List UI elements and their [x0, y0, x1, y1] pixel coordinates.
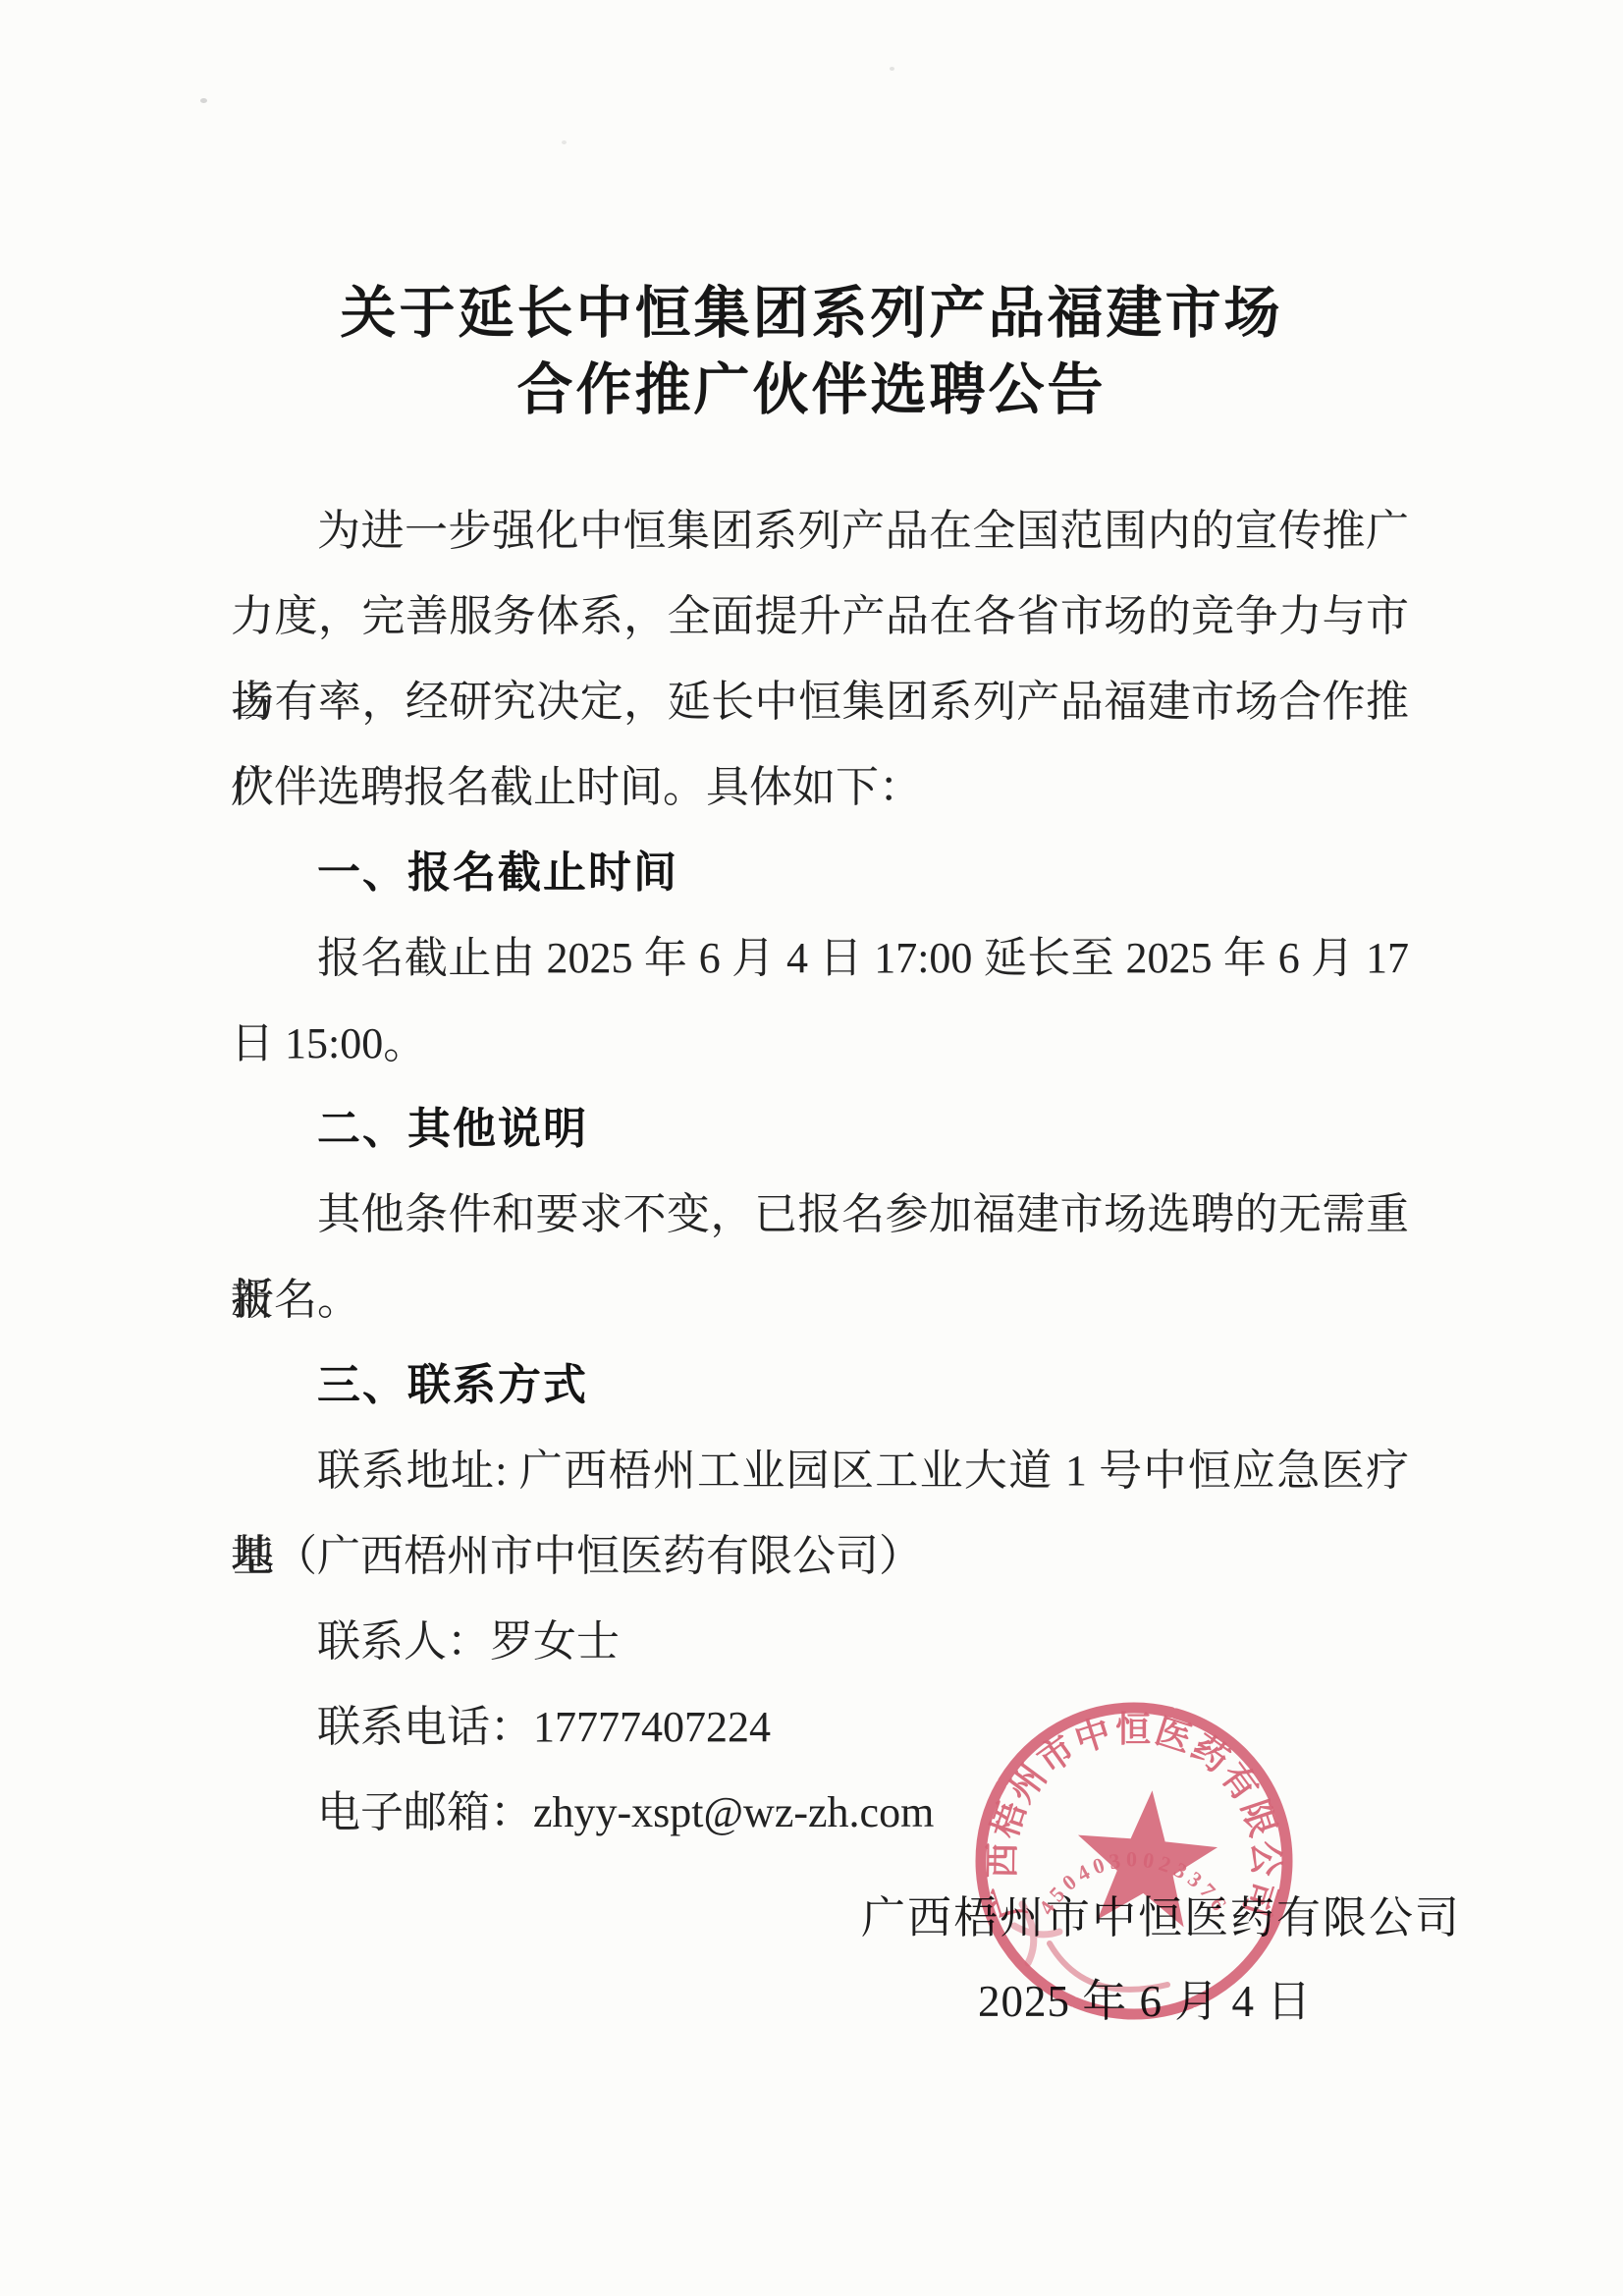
- contact-address-line-1: 联系地址: 广西梧州工业园区工业大道 1 号中恒应急医疗基: [231, 1428, 1409, 1513]
- deadline-line-1: 报名截止由 2025 年 6 月 4 日 17:00 延长至 2025 年 6 …: [231, 915, 1409, 1001]
- other-line-1: 其他条件和要求不变，已报名参加福建市场选聘的无需重新: [231, 1172, 1409, 1257]
- scanned-announcement-page: 关于延长中恒集团系列产品福建市场 合作推广伙伴选聘公告 为进一步强化中恒集团系列…: [0, 0, 1623, 2296]
- scan-speck: [200, 98, 207, 103]
- contact-address-line-2: 地（广西梧州市中恒医药有限公司）: [231, 1513, 1409, 1599]
- contact-person: 联系人：罗女士: [231, 1599, 1409, 1684]
- contact-email: 电子邮箱：zhyy-xspt@wz-zh.com: [231, 1770, 1409, 1855]
- title-line-1: 关于延长中恒集团系列产品福建市场: [0, 276, 1623, 353]
- intro-line-2: 力度，完善服务体系，全面提升产品在各省市场的竞争力与市场: [231, 574, 1409, 659]
- deadline-line-2: 日 15:00。: [231, 1001, 1409, 1086]
- contact-phone: 联系电话：17777407224: [231, 1684, 1409, 1770]
- section-heading-other: 二、其他说明: [231, 1086, 1409, 1172]
- section-heading-contact: 三、联系方式: [231, 1342, 1409, 1428]
- other-line-2: 报名。: [231, 1257, 1409, 1342]
- document-title: 关于延长中恒集团系列产品福建市场 合作推广伙伴选聘公告: [0, 276, 1623, 429]
- section-heading-deadline: 一、报名截止时间: [231, 830, 1409, 915]
- scan-speck: [562, 140, 567, 144]
- intro-line-4: 伙伴选聘报名截止时间。具体如下：: [231, 744, 1409, 830]
- signature-date: 2025 年 6 月 4 日: [978, 1965, 1312, 2029]
- intro-line-3: 占有率，经研究决定，延长中恒集团系列产品福建市场合作推广: [231, 659, 1409, 744]
- scan-speck: [890, 67, 894, 71]
- intro-line-1: 为进一步强化中恒集团系列产品在全国范围内的宣传推广: [231, 488, 1409, 574]
- title-line-2: 合作推广伙伴选聘公告: [0, 353, 1623, 429]
- signature-company-name: 广西梧州市中恒医药有限公司: [861, 1882, 1461, 1945]
- document-body: 为进一步强化中恒集团系列产品在全国范围内的宣传推广 力度，完善服务体系，全面提升…: [231, 488, 1409, 1855]
